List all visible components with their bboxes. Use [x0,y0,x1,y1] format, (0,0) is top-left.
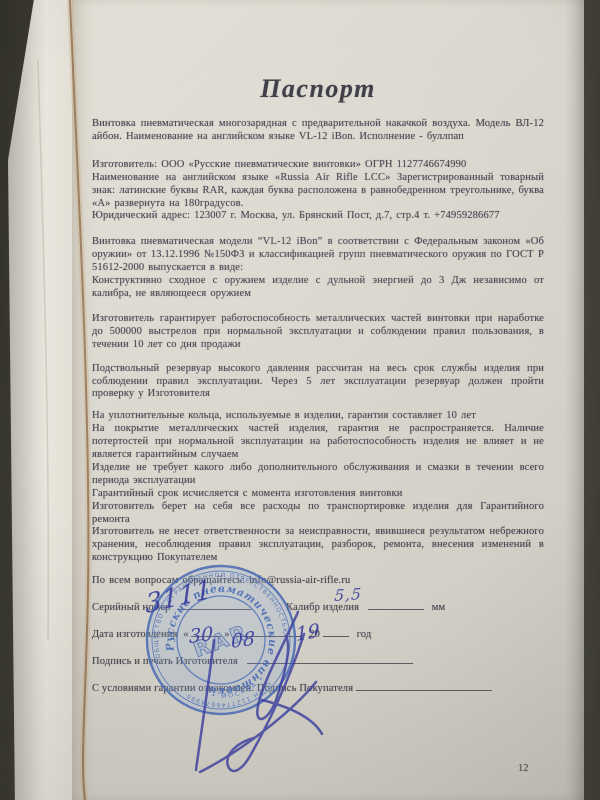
document-photo: Паспорт Винтовка пневматическая многозар… [0,0,600,800]
handwritten-date-day: 30 [189,622,213,648]
handwritten-date-month: 08 [231,627,255,653]
ink-overlay: ОБЩЕСТВО С ОГРАНИЧЕННОЙ ОТВЕТСТВЕННОСТЬЮ… [0,0,600,800]
handwritten-date-year: 19 [295,619,320,646]
handwritten-caliber-value: 5,5 [334,585,363,605]
